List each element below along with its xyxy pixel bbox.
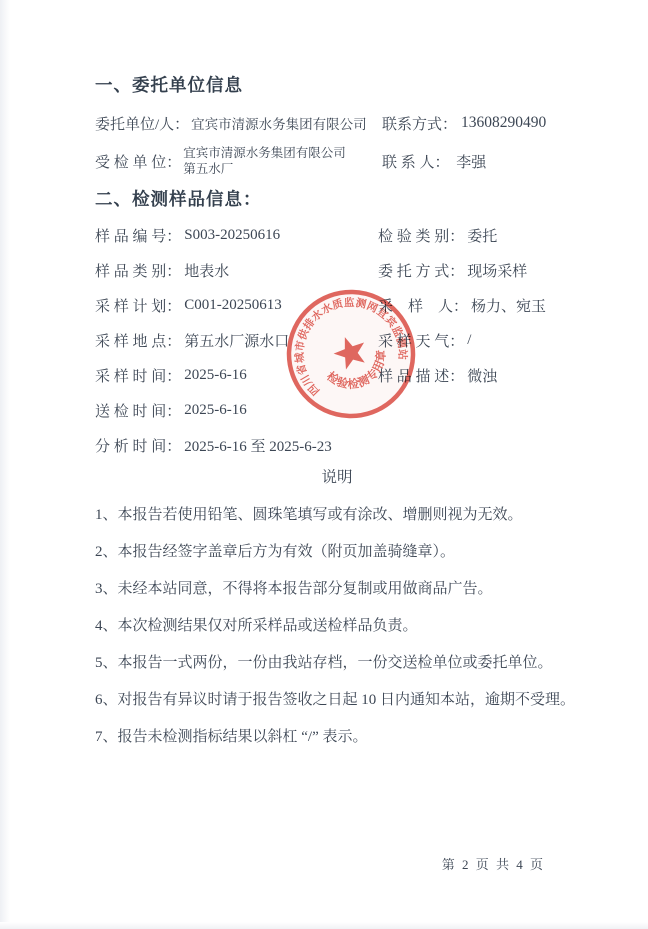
sampling-weather-label: 采 样 天 气： — [378, 330, 464, 351]
inspected-label: 受 检 单 位： — [95, 151, 181, 172]
inspected-row: 受 检 单 位： 宜宾市清源水务集团有限公司 第五水厂 联 系 人： 李强 — [95, 142, 579, 180]
sample-row: 采 样 时 间： 2025-6-16 样 品 描 述： 微浊 — [95, 358, 579, 393]
sample-row: 送 检 时 间： 2025-6-16 — [95, 393, 579, 428]
client-label: 委托单位/人： — [95, 113, 189, 134]
sampling-site-label: 采 样 地 点： — [95, 330, 181, 351]
sample-id-value: S003-20250616 — [184, 227, 280, 244]
sample-row: 分 析 时 间： 2025-6-16 至 2025-6-23 — [95, 428, 579, 463]
sampling-time-value: 2025-6-16 — [184, 367, 247, 384]
sample-category-label: 样 品 类 别： — [95, 260, 181, 281]
commission-method-label: 委 托 方 式： — [378, 260, 464, 281]
sample-row: 样 品 类 别： 地表水 委 托 方 式： 现场采样 — [95, 253, 579, 288]
note-6: 6、对报告有异议时请于报告签收之日起 10 日内通知本站，逾期不受理。 — [95, 684, 579, 716]
note-5: 5、本报告一式两份，一份由我站存档，一份交送检单位或委托单位。 — [95, 647, 579, 679]
inspected-value-line1: 宜宾市清源水务集团有限公司 — [183, 145, 346, 161]
inspected-value-line2: 第五水厂 — [183, 161, 346, 177]
analysis-time-value: 2025-6-16 至 2025-6-23 — [184, 435, 331, 456]
liaison-field: 联 系 人： 李强 — [382, 151, 486, 172]
note-7: 7、报告未检测指标结果以斜杠 “/” 表示。 — [95, 721, 579, 753]
sampling-site-value: 第五水厂源水口 — [184, 330, 289, 351]
sampling-time-label: 采 样 时 间： — [95, 365, 181, 386]
commission-method-value: 现场采样 — [467, 260, 527, 281]
client-field: 委托单位/人： 宜宾市清源水务集团有限公司 — [95, 113, 382, 134]
contact-label: 联系方式： — [382, 113, 457, 134]
note-3: 3、未经本站同意，不得将本报告部分复制或用做商品广告。 — [95, 573, 579, 605]
sampler-value: 杨力、宛玉 — [471, 295, 546, 316]
page-footer: 第 2 页 共 4 页 — [442, 854, 545, 873]
section-title-client-info: 一、委托单位信息 — [95, 74, 579, 96]
note-2: 2、本报告经签字盖章后方为有效（附页加盖骑缝章）。 — [95, 536, 579, 568]
scan-edge-bottom — [0, 922, 648, 929]
delivery-time-value: 2025-6-16 — [184, 402, 247, 419]
sampling-plan-value: C001-20250613 — [184, 297, 282, 314]
sample-row: 样 品 编 号： S003-20250616 检 验 类 别： 委托 — [95, 218, 579, 253]
contact-field: 联系方式： 13608290490 — [382, 113, 546, 134]
sampling-weather-value: / — [467, 332, 471, 349]
note-1: 1、本报告若使用铅笔、圆珠笔填写或有涂改、增删则视为无效。 — [95, 499, 579, 531]
sample-row: 采 样 地 点： 第五水厂源水口 采 样 天 气： / — [95, 323, 579, 358]
report-page: 一、委托单位信息 委托单位/人： 宜宾市清源水务集团有限公司 联系方式： 136… — [0, 0, 648, 929]
inspected-field: 受 检 单 位： 宜宾市清源水务集团有限公司 第五水厂 — [95, 145, 382, 177]
client-value: 宜宾市清源水务集团有限公司 — [191, 113, 367, 133]
inspection-type-value: 委托 — [467, 225, 497, 246]
sample-row: 采 样 计 划： C001-20250613 采 样 人： 杨力、宛玉 — [95, 288, 579, 323]
scan-edge-left — [0, 0, 10, 929]
client-row: 委托单位/人： 宜宾市清源水务集团有限公司 联系方式： 13608290490 — [95, 110, 579, 136]
liaison-value: 李强 — [456, 155, 486, 171]
liaison-label: 联 系 人： — [382, 155, 450, 171]
section-title-sample-info: 二、检测样品信息： — [95, 188, 579, 210]
analysis-time-label: 分 析 时 间： — [95, 435, 181, 456]
sample-description-label: 样 品 描 述： — [378, 365, 464, 386]
sampling-plan-label: 采 样 计 划： — [95, 295, 181, 316]
sample-description-value: 微浊 — [467, 365, 497, 386]
sample-id-label: 样 品 编 号： — [95, 225, 181, 246]
report-content: 一、委托单位信息 委托单位/人： 宜宾市清源水务集团有限公司 联系方式： 136… — [95, 74, 579, 758]
sampler-label: 采 样 人： — [378, 295, 468, 316]
notes-title: 说明 — [95, 467, 579, 489]
inspection-type-label: 检 验 类 别： — [378, 225, 464, 246]
inspected-value: 宜宾市清源水务集团有限公司 第五水厂 — [183, 145, 346, 177]
note-4: 4、本次检测结果仅对所采样品或送检样品负责。 — [95, 610, 579, 642]
contact-value: 13608290490 — [461, 114, 546, 132]
sample-category-value: 地表水 — [184, 260, 229, 281]
delivery-time-label: 送 检 时 间： — [95, 400, 181, 421]
